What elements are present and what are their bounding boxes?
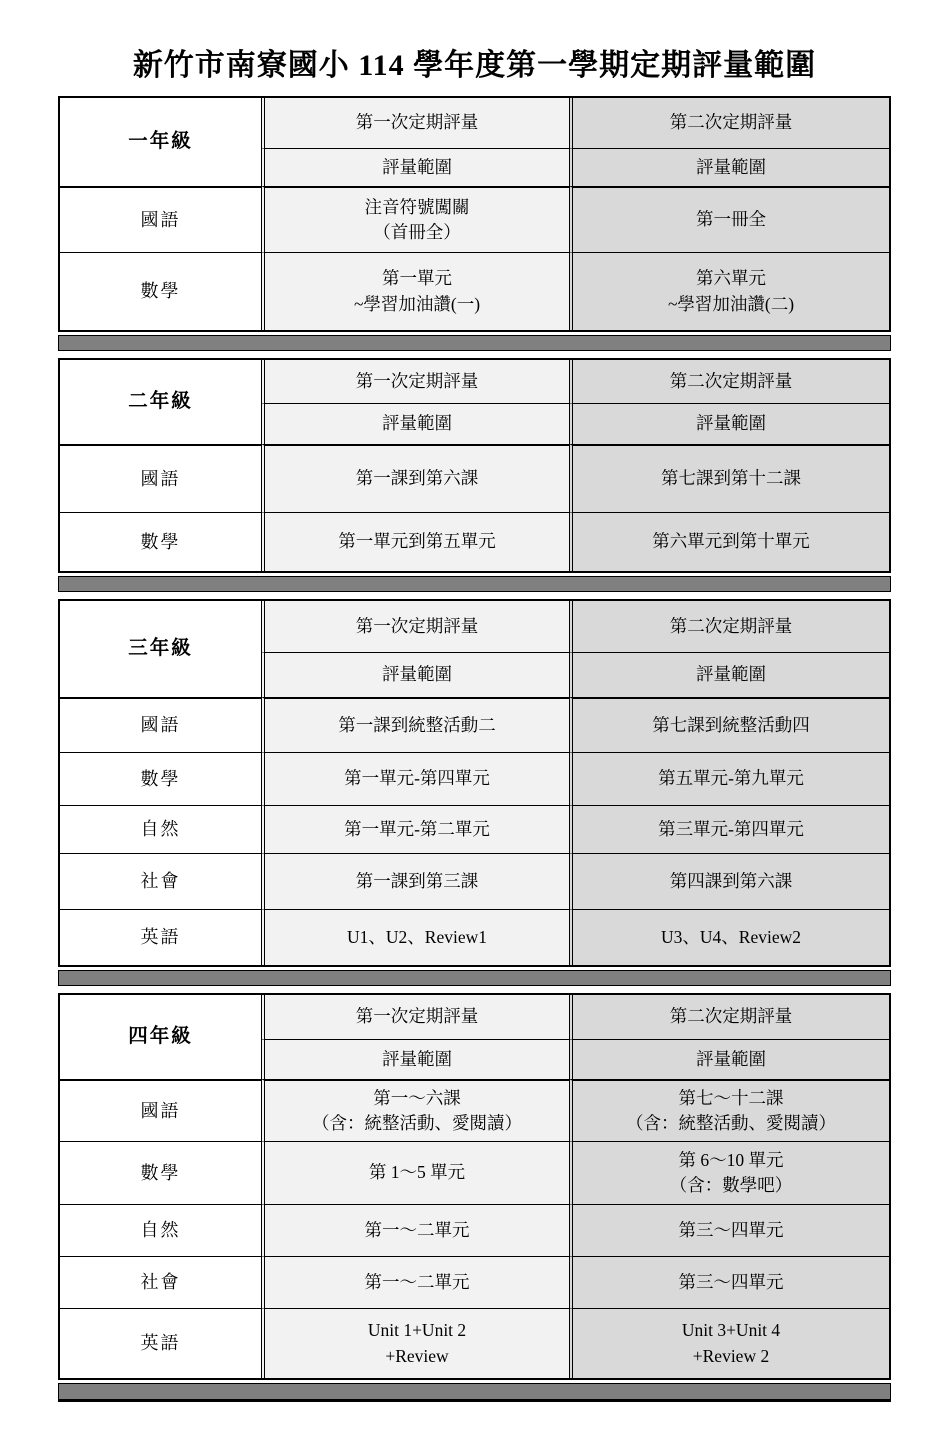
scope-cell: 第一單元到第五單元 — [261, 512, 569, 571]
scope-line: 第五單元-第九單元 — [658, 766, 804, 791]
scope-cell: 第一單元-第二單元 — [261, 805, 569, 853]
scope-cell: 第三～四單元 — [569, 1204, 889, 1256]
exam2-header: 第二次定期評量 — [569, 98, 889, 148]
assessment-table: 一年級 第一次定期評量 第二次定期評量 評量範圍 評量範圍 國語 注音符號闖關 … — [58, 96, 891, 1402]
scope-line: 第 1～5 單元 — [369, 1160, 465, 1185]
section-separator — [58, 576, 891, 592]
scope-header: 評量範圍 — [569, 148, 889, 186]
subject-label: 數學 — [60, 252, 261, 330]
exam1-header: 第一次定期評量 — [261, 360, 569, 403]
scope-cell: 第七～十二課 （含：統整活動、愛閱讀） — [569, 1079, 889, 1141]
subject-label: 國語 — [60, 444, 261, 512]
subject-label: 英語 — [60, 909, 261, 965]
scope-line: （含：統整活動、愛閱讀） — [312, 1111, 522, 1136]
scope-cell: 第 6～10 單元 （含：數學吧） — [569, 1141, 889, 1204]
subject-label: 國語 — [60, 1079, 261, 1141]
exam2-header: 第二次定期評量 — [569, 360, 889, 403]
scope-line: ~學習加油讚(一) — [354, 292, 480, 317]
scope-cell: 第一～二單元 — [261, 1256, 569, 1308]
grade-section-3: 三年級 第一次定期評量 第二次定期評量 評量範圍 評量範圍 國語 第一課到統整活… — [58, 599, 891, 967]
scope-cell: 第一～六課 （含：統整活動、愛閱讀） — [261, 1079, 569, 1141]
scope-header: 評量範圍 — [261, 1039, 569, 1079]
scope-line: 第一單元-第二單元 — [344, 817, 490, 842]
scope-cell: Unit 3+Unit 4 +Review 2 — [569, 1308, 889, 1378]
scope-line: 第三～四單元 — [679, 1218, 784, 1243]
scope-line: +Review 2 — [693, 1344, 769, 1369]
scope-line: 第一～二單元 — [365, 1218, 470, 1243]
scope-line: 第一～二單元 — [365, 1270, 470, 1295]
scope-cell: U3、U4、Review2 — [569, 909, 889, 965]
scope-cell: 第六單元到第十單元 — [569, 512, 889, 571]
scope-header: 評量範圍 — [569, 1039, 889, 1079]
scope-line: Unit 3+Unit 4 — [682, 1318, 780, 1343]
page-title: 新竹市南寮國小 114 學年度第一學期定期評量範圍 — [0, 0, 949, 84]
subject-label: 數學 — [60, 1141, 261, 1204]
scope-cell: 第三～四單元 — [569, 1256, 889, 1308]
section-separator — [58, 335, 891, 351]
scope-line: 注音符號闖關 — [365, 195, 470, 220]
subject-label: 數學 — [60, 512, 261, 571]
scope-cell: 第七課到統整活動四 — [569, 697, 889, 752]
subject-label: 英語 — [60, 1308, 261, 1378]
scope-line: 第四課到第六課 — [670, 869, 793, 894]
scope-header: 評量範圍 — [261, 403, 569, 444]
scope-header: 評量範圍 — [261, 148, 569, 186]
scope-line: 第一單元 — [382, 266, 452, 291]
scope-line: 第一課到第三課 — [356, 869, 479, 894]
scope-cell: 第一課到第三課 — [261, 853, 569, 909]
scope-cell: 第 1～5 單元 — [261, 1141, 569, 1204]
scope-header: 評量範圍 — [261, 652, 569, 697]
exam1-header: 第一次定期評量 — [261, 601, 569, 652]
grade-section-1: 一年級 第一次定期評量 第二次定期評量 評量範圍 評量範圍 國語 注音符號闖關 … — [58, 96, 891, 332]
scope-line: 第七～十二課 — [679, 1086, 784, 1111]
scope-line: ~學習加油讚(二) — [668, 292, 794, 317]
scope-line: 第七課到統整活動四 — [652, 713, 810, 738]
scope-line: 第 6～10 單元 — [679, 1148, 784, 1173]
section-separator — [58, 1383, 891, 1402]
scope-line: U1、U2、Review1 — [347, 925, 487, 950]
subject-label: 國語 — [60, 697, 261, 752]
subject-label: 社會 — [60, 853, 261, 909]
scope-line: 第一單元-第四單元 — [344, 766, 490, 791]
subject-label: 數學 — [60, 752, 261, 805]
grade-label: 三年級 — [60, 601, 261, 697]
scope-line: 第一課到第六課 — [356, 466, 479, 491]
scope-cell: 注音符號闖關 （首冊全） — [261, 186, 569, 252]
exam2-header: 第二次定期評量 — [569, 995, 889, 1039]
scope-line: 第一～六課 — [373, 1086, 461, 1111]
section-separator — [58, 970, 891, 986]
scope-line: 第七課到第十二課 — [661, 466, 801, 491]
scope-cell: 第一冊全 — [569, 186, 889, 252]
exam1-header: 第一次定期評量 — [261, 995, 569, 1039]
scope-line: 第三單元-第四單元 — [658, 817, 804, 842]
scope-cell: 第五單元-第九單元 — [569, 752, 889, 805]
scope-header: 評量範圍 — [569, 652, 889, 697]
scope-line: 第一單元到第五單元 — [338, 529, 496, 554]
subject-label: 社會 — [60, 1256, 261, 1308]
scope-cell: 第一課到統整活動二 — [261, 697, 569, 752]
exam2-header: 第二次定期評量 — [569, 601, 889, 652]
scope-line: 第一冊全 — [696, 207, 766, 232]
scope-line: U3、U4、Review2 — [661, 925, 801, 950]
scope-header: 評量範圍 — [569, 403, 889, 444]
grade-label: 一年級 — [60, 98, 261, 186]
scope-line: （首冊全） — [373, 220, 461, 245]
scope-line: （含：統整活動、愛閱讀） — [626, 1111, 836, 1136]
scope-line: 第六單元到第十單元 — [652, 529, 810, 554]
scope-cell: 第六單元 ~學習加油讚(二) — [569, 252, 889, 330]
scope-cell: 第三單元-第四單元 — [569, 805, 889, 853]
scope-line: +Review — [385, 1344, 448, 1369]
exam1-header: 第一次定期評量 — [261, 98, 569, 148]
scope-line: 第一課到統整活動二 — [338, 713, 496, 738]
scope-cell: 第一單元 ~學習加油讚(一) — [261, 252, 569, 330]
scope-cell: 第一單元-第四單元 — [261, 752, 569, 805]
scope-cell: 第七課到第十二課 — [569, 444, 889, 512]
scope-line: Unit 1+Unit 2 — [368, 1318, 466, 1343]
scope-cell: U1、U2、Review1 — [261, 909, 569, 965]
grade-section-2: 二年級 第一次定期評量 第二次定期評量 評量範圍 評量範圍 國語 第一課到第六課… — [58, 358, 891, 573]
scope-line: 第六單元 — [696, 266, 766, 291]
scope-line: （含：數學吧） — [670, 1173, 793, 1198]
subject-label: 自然 — [60, 805, 261, 853]
subject-label: 自然 — [60, 1204, 261, 1256]
scope-line: 第三～四單元 — [679, 1270, 784, 1295]
scope-cell: Unit 1+Unit 2 +Review — [261, 1308, 569, 1378]
scope-cell: 第一課到第六課 — [261, 444, 569, 512]
subject-label: 國語 — [60, 186, 261, 252]
grade-section-4: 四年級 第一次定期評量 第二次定期評量 評量範圍 評量範圍 國語 第一～六課 （… — [58, 993, 891, 1380]
scope-cell: 第一～二單元 — [261, 1204, 569, 1256]
grade-label: 四年級 — [60, 995, 261, 1079]
grade-label: 二年級 — [60, 360, 261, 444]
scope-cell: 第四課到第六課 — [569, 853, 889, 909]
